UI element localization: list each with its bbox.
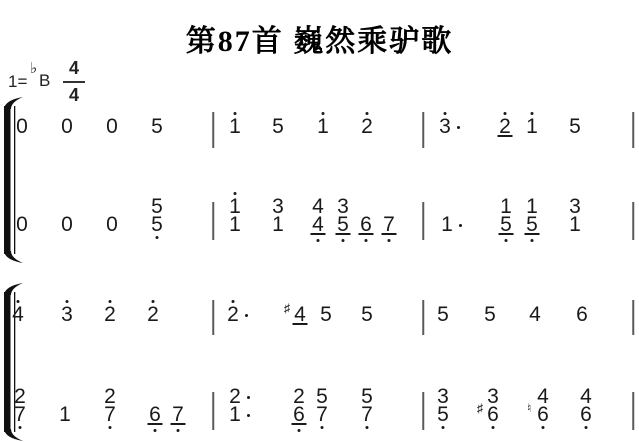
octave-dot-high: [234, 112, 237, 115]
octave-dot-high: [66, 300, 69, 303]
octave-dot-low: [505, 239, 508, 242]
barline: [212, 300, 214, 335]
note: 6: [147, 406, 163, 424]
octave-dot-high: [366, 112, 369, 115]
note: 7: [12, 406, 28, 424]
note: 5: [567, 118, 583, 136]
note: ♯4: [292, 306, 308, 324]
note: 6: [578, 406, 594, 424]
octave-dot-high: [17, 300, 20, 303]
duration-dot: [245, 314, 248, 317]
note: 5: [318, 306, 334, 324]
note: 1: [227, 216, 243, 234]
note-digit: 0: [61, 216, 73, 233]
note: 1: [57, 406, 73, 424]
note: 0: [14, 118, 30, 136]
note: 0: [59, 118, 75, 136]
note-digit: 0: [106, 216, 118, 233]
note-digit: 1: [569, 216, 581, 233]
note: 4: [10, 306, 26, 324]
barline: [422, 112, 424, 148]
note: ♯6: [485, 406, 501, 424]
note-digit: 0: [106, 118, 118, 135]
note-digit: 7: [383, 216, 395, 233]
eighth-underline: [498, 135, 513, 137]
note: 1: [439, 216, 455, 234]
note: 5: [435, 406, 451, 424]
note-digit: 6: [149, 406, 161, 423]
note-digit: 4: [294, 306, 306, 323]
note: 6: [358, 216, 374, 234]
octave-dot-low: [177, 429, 180, 432]
note: 1: [227, 406, 243, 424]
eighth-underline: [336, 233, 351, 235]
note-digit: 2: [499, 118, 511, 135]
barline: [632, 202, 634, 240]
octave-dot-low: [531, 239, 534, 242]
octave-dot-low: [317, 239, 320, 242]
note-digit: 7: [361, 406, 373, 423]
barline: [422, 300, 424, 335]
octave-dot-high: [234, 192, 237, 195]
duration-dot: [457, 126, 460, 129]
time-fraction-line: [63, 81, 85, 83]
note-digit: 2: [104, 306, 116, 323]
octave-dot-low: [321, 426, 324, 429]
note: 4: [527, 306, 543, 324]
note-digit: 5: [437, 406, 449, 423]
note-digit: 1: [229, 118, 241, 135]
note: 7: [381, 216, 397, 234]
note-digit: 7: [172, 406, 184, 423]
barline: [422, 392, 424, 430]
note-digit: 1: [526, 118, 538, 135]
note-digit: 0: [16, 216, 28, 233]
octave-dot-low: [365, 239, 368, 242]
note: 5: [149, 118, 165, 136]
note: 7: [359, 406, 375, 424]
note: 7: [102, 406, 118, 424]
sharp-icon: ♯: [284, 301, 290, 315]
barline: [212, 202, 214, 240]
note-digit: 6: [487, 406, 499, 423]
note: 1: [270, 216, 286, 234]
note: ♮6: [535, 406, 551, 424]
note-digit: 1: [229, 216, 241, 233]
note: 2: [359, 118, 375, 136]
note-digit: 5: [526, 216, 538, 233]
octave-dot-high: [504, 112, 507, 115]
note: 2: [145, 306, 161, 324]
note-digit: 7: [316, 406, 328, 423]
note: 1: [524, 118, 540, 136]
note: 5: [335, 216, 351, 234]
note-digit: 6: [576, 306, 588, 323]
eighth-underline: [499, 233, 514, 235]
note: 5: [359, 306, 375, 324]
octave-dot-low: [585, 426, 588, 429]
eighth-underline: [292, 423, 307, 425]
duration-dot: [247, 396, 250, 399]
octave-dot-low: [542, 426, 545, 429]
octave-dot-high: [322, 112, 325, 115]
note-digit: 5: [337, 216, 349, 233]
natural-icon: ♮: [527, 401, 531, 415]
eighth-underline: [311, 233, 326, 235]
octave-dot-high: [232, 300, 235, 303]
eighth-underline: [148, 423, 163, 425]
note-digit: 7: [104, 406, 116, 423]
note-digit: 1: [317, 118, 329, 135]
note: 5: [435, 306, 451, 324]
note-digit: 5: [569, 118, 581, 135]
note-digit: 6: [360, 216, 372, 233]
time-denominator: 4: [59, 85, 89, 106]
note: 3: [437, 118, 453, 136]
note: 6: [291, 406, 307, 424]
note: 0: [14, 216, 30, 234]
note: 5: [149, 216, 165, 234]
note-digit: 0: [61, 118, 73, 135]
time-numerator: 4: [59, 58, 89, 79]
note: 4: [310, 216, 326, 234]
sharp-icon: ♯: [477, 401, 483, 415]
tonic-label: 1=: [8, 72, 27, 92]
octave-dot-low: [156, 236, 159, 239]
note: 0: [104, 118, 120, 136]
note-digit: 0: [16, 118, 28, 135]
note-digit: 5: [320, 306, 332, 323]
key-letter: B: [39, 71, 50, 91]
time-signature: 4 4: [59, 58, 89, 106]
note: 2: [225, 306, 241, 324]
barline: [212, 112, 214, 148]
note-digit: 5: [272, 118, 284, 135]
note-digit: 1: [441, 216, 453, 233]
note-digit: 5: [437, 306, 449, 323]
note-digit: 3: [439, 118, 451, 135]
note: 6: [574, 306, 590, 324]
note-digit: 5: [500, 216, 512, 233]
note: 0: [59, 216, 75, 234]
note-digit: 4: [529, 306, 541, 323]
note: 2: [102, 306, 118, 324]
note: 1: [315, 118, 331, 136]
note-digit: 1: [229, 406, 241, 423]
note: 1: [567, 216, 583, 234]
octave-dot-low: [19, 426, 22, 429]
octave-dot-low: [154, 429, 157, 432]
octave-dot-low: [492, 426, 495, 429]
eighth-underline: [171, 423, 186, 425]
note-digit: 2: [361, 118, 373, 135]
note-digit: 5: [484, 306, 496, 323]
barline: [422, 202, 424, 240]
barline: [632, 112, 634, 148]
barline: [632, 300, 634, 335]
score-title: 第87首 巍然乘驴歌: [0, 16, 639, 60]
octave-dot-low: [388, 239, 391, 242]
duration-dot: [247, 414, 250, 417]
note-digit: 3: [61, 306, 73, 323]
octave-dot-high: [109, 300, 112, 303]
note: 5: [524, 216, 540, 234]
note-digit: 5: [151, 118, 163, 135]
octave-dot-low: [442, 426, 445, 429]
octave-dot-high: [444, 112, 447, 115]
octave-dot-low: [298, 429, 301, 432]
note: 7: [314, 406, 330, 424]
note-digit: 7: [14, 406, 26, 423]
note-digit: 5: [361, 306, 373, 323]
eighth-underline: [382, 233, 397, 235]
note-digit: 2: [147, 306, 159, 323]
note: 0: [104, 216, 120, 234]
note: 1: [227, 118, 243, 136]
octave-dot-low: [342, 239, 345, 242]
octave-dot-low: [109, 426, 112, 429]
eighth-underline: [525, 233, 540, 235]
note: 7: [170, 406, 186, 424]
note: 5: [482, 306, 498, 324]
note-digit: 6: [580, 406, 592, 423]
note-digit: 4: [12, 306, 24, 323]
note-digit: 1: [59, 406, 71, 423]
octave-dot-high: [531, 112, 534, 115]
note-digit: 2: [227, 306, 239, 323]
eighth-underline: [293, 323, 308, 325]
eighth-underline: [359, 233, 374, 235]
note-digit: 5: [151, 216, 163, 233]
note: 5: [270, 118, 286, 136]
note-digit: 1: [272, 216, 284, 233]
note-digit: 4: [312, 216, 324, 233]
note: 2: [497, 118, 513, 136]
sheet-music-page: 第87首 巍然乘驴歌 1= ♭ B 4 4 000515123215000551…: [0, 0, 639, 442]
octave-dot-low: [366, 426, 369, 429]
flat-icon: ♭: [30, 59, 37, 77]
note: 3: [59, 306, 75, 324]
octave-dot-high: [152, 300, 155, 303]
barline: [632, 392, 634, 430]
note-digit: 6: [537, 406, 549, 423]
note: 5: [498, 216, 514, 234]
barline: [212, 392, 214, 430]
duration-dot: [459, 224, 462, 227]
note-digit: 6: [293, 406, 305, 423]
